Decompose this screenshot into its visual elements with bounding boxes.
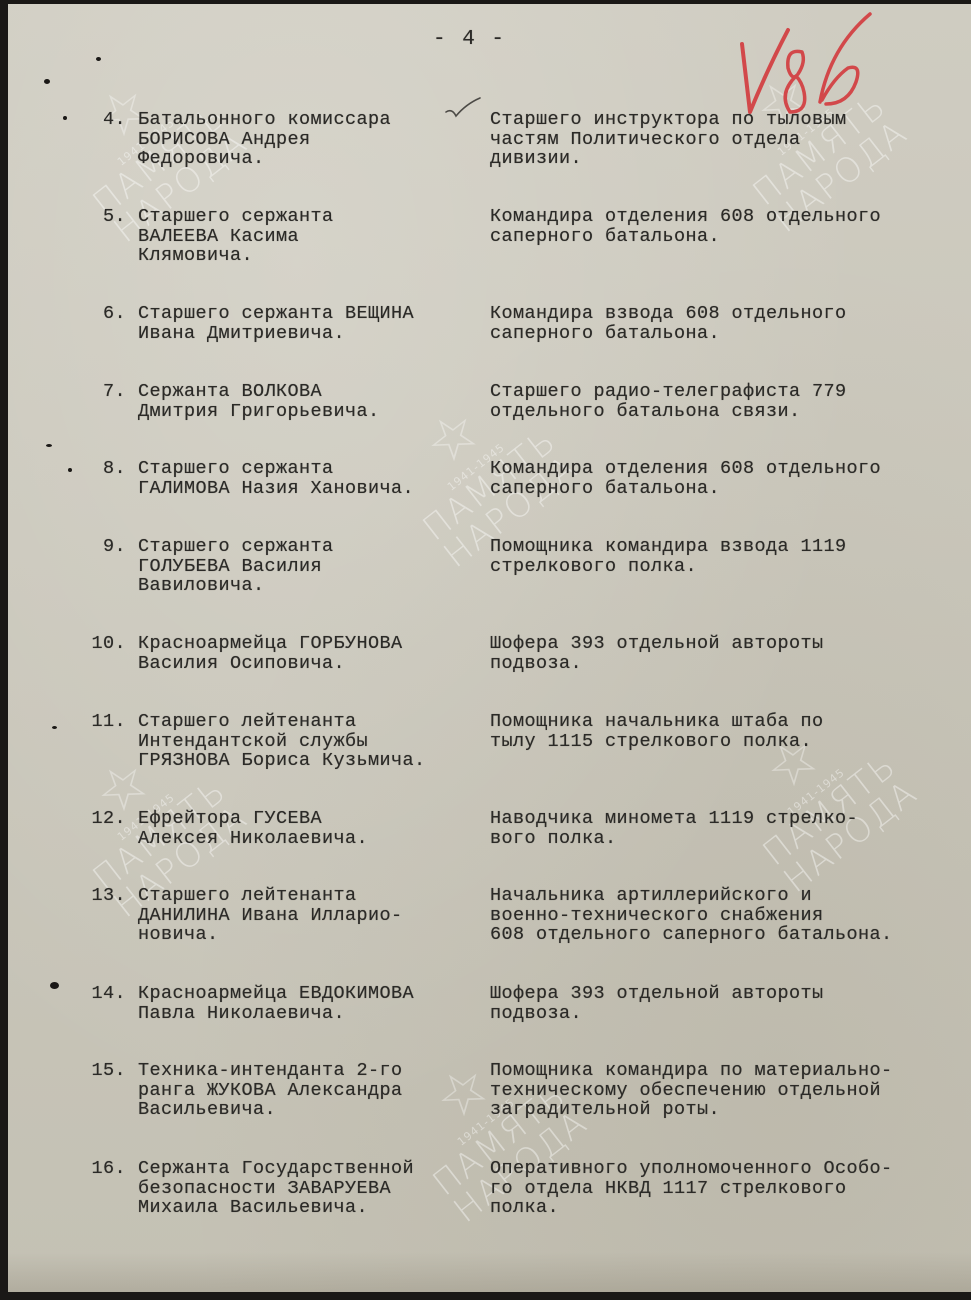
entry-number: 9.: [8, 537, 126, 557]
person-line: БОРИСОВА Андрея: [138, 130, 478, 150]
person-line: Алексея Николаевича.: [138, 829, 478, 849]
position-line: отдельного батальона связи.: [490, 402, 950, 422]
position-line: дивизии.: [490, 149, 950, 169]
position-line: подвоза.: [490, 1004, 950, 1024]
page-number: - 4 -: [433, 30, 506, 50]
person-line: Старшего сержанта: [138, 537, 478, 557]
position-line: Начальника артиллерийского и: [490, 886, 950, 906]
person-rank-name: Батальонного комиссараБОРИСОВА АндреяФед…: [138, 110, 478, 169]
entry-number: 6.: [8, 304, 126, 324]
person-line: Ефрейтора ГУСЕВА: [138, 809, 478, 829]
person-rank-name: Старшего сержантаВАЛЕЕВА КасимаКлямовича…: [138, 207, 478, 266]
entry-number: 10.: [8, 634, 126, 654]
person-rank-name: Сержанта ВОЛКОВАДмитрия Григорьевича.: [138, 382, 478, 421]
person-line: ГРЯЗНОВА Бориса Кузьмича.: [138, 751, 478, 771]
position-line: Командира отделения 608 отдельного: [490, 459, 950, 479]
ink-speck: [96, 57, 101, 61]
person-line: Сержанта Государственной: [138, 1159, 478, 1179]
person-rank-name: Ефрейтора ГУСЕВААлексея Николаевича.: [138, 809, 478, 848]
position-line: Шофера 393 отдельной автороты: [490, 634, 950, 654]
ink-speck: [44, 79, 50, 84]
person-line: Старшего сержанта ВЕЩИНА: [138, 304, 478, 324]
person-line: ДАНИЛИНА Ивана Илларио-: [138, 906, 478, 926]
entry-number: 16.: [8, 1159, 126, 1179]
entry-number: 7.: [8, 382, 126, 402]
position-line: Старшего радио-телеграфиста 779: [490, 382, 950, 402]
person-line: Старшего лейтенанта: [138, 712, 478, 732]
person-line: Старшего сержанта: [138, 459, 478, 479]
person-line: Федоровича.: [138, 149, 478, 169]
position-description: Наводчика миномета 1119 стрелко-вого пол…: [490, 809, 950, 848]
position-line: заградительной роты.: [490, 1100, 950, 1120]
person-line: Интендантской службы: [138, 732, 478, 752]
person-rank-name: Старшего лейтенантаИнтендантской службыГ…: [138, 712, 478, 771]
position-line: стрелкового полка.: [490, 557, 950, 577]
ink-speck: [46, 444, 52, 447]
position-line: тылу 1115 стрелкового полка.: [490, 732, 950, 752]
entry-number: 12.: [8, 809, 126, 829]
position-line: Шофера 393 отдельной автороты: [490, 984, 950, 1004]
person-line: Василия Осиповича.: [138, 654, 478, 674]
person-line: Клямовича.: [138, 246, 478, 266]
person-line: безопасности ЗАВАРУЕВА: [138, 1179, 478, 1199]
position-description: Помощника начальника штаба потылу 1115 с…: [490, 712, 950, 751]
position-line: Помощника командира взвода 1119: [490, 537, 950, 557]
person-line: ГОЛУБЕВА Василия: [138, 557, 478, 577]
person-line: Ивана Дмитриевича.: [138, 324, 478, 344]
entry-number: 8.: [8, 459, 126, 479]
position-line: вого полка.: [490, 829, 950, 849]
position-line: Старшего инструктора по тыловым: [490, 110, 950, 130]
position-line: Наводчика миномета 1119 стрелко-: [490, 809, 950, 829]
position-description: Начальника артиллерийского ивоенно-техни…: [490, 886, 950, 945]
position-line: Помощника начальника штаба по: [490, 712, 950, 732]
position-line: саперного батальона.: [490, 227, 950, 247]
person-rank-name: Старшего сержантаГОЛУБЕВА ВасилияВавилов…: [138, 537, 478, 596]
person-line: Сержанта ВОЛКОВА: [138, 382, 478, 402]
person-line: Красноармейца ЕВДОКИМОВА: [138, 984, 478, 1004]
position-line: саперного батальона.: [490, 479, 950, 499]
person-rank-name: Красноармейца ЕВДОКИМОВАПавла Николаевич…: [138, 984, 478, 1023]
person-line: Вавиловича.: [138, 576, 478, 596]
entry-number: 4.: [8, 110, 126, 130]
person-line: ранга ЖУКОВА Александра: [138, 1081, 478, 1101]
position-description: Командира отделения 608 отдельногосаперн…: [490, 459, 950, 498]
position-line: частям Политического отдела: [490, 130, 950, 150]
position-line: Помощника командира по материально-: [490, 1061, 950, 1081]
position-description: Шофера 393 отдельной авторотыподвоза.: [490, 984, 950, 1023]
position-description: Помощника командира взвода 1119стрелково…: [490, 537, 950, 576]
position-line: 608 отдельного саперного батальона.: [490, 925, 950, 945]
person-rank-name: Старшего сержанта ВЕЩИНАИвана Дмитриевич…: [138, 304, 478, 343]
person-line: Павла Николаевича.: [138, 1004, 478, 1024]
entry-number: 5.: [8, 207, 126, 227]
position-line: военно-технического снабжения: [490, 906, 950, 926]
person-line: Михаила Васильевича.: [138, 1198, 478, 1218]
position-line: Командира взвода 608 отдельного: [490, 304, 950, 324]
handwritten-archive-mark: [730, 8, 880, 123]
position-line: Командира отделения 608 отдельного: [490, 207, 950, 227]
position-description: Старшего радио-телеграфиста 779отдельног…: [490, 382, 950, 421]
position-description: Командира отделения 608 отдельногосаперн…: [490, 207, 950, 246]
position-description: Помощника командира по материально-техни…: [490, 1061, 950, 1120]
position-line: саперного батальона.: [490, 324, 950, 344]
person-line: Васильевича.: [138, 1100, 478, 1120]
entry-number: 13.: [8, 886, 126, 906]
position-description: Шофера 393 отдельной авторотыподвоза.: [490, 634, 950, 673]
person-rank-name: Старшего сержантаГАЛИМОВА Назия Хановича…: [138, 459, 478, 498]
person-line: новича.: [138, 925, 478, 945]
position-description: Командира взвода 608 отдельногосаперного…: [490, 304, 950, 343]
entry-number: 15.: [8, 1061, 126, 1081]
person-line: ГАЛИМОВА Назия Хановича.: [138, 479, 478, 499]
person-line: Красноармейца ГОРБУНОВА: [138, 634, 478, 654]
position-line: го отдела НКВД 1117 стрелкового: [490, 1179, 950, 1199]
person-rank-name: Красноармейца ГОРБУНОВАВасилия Осиповича…: [138, 634, 478, 673]
position-line: техническому обеспечению отдельной: [490, 1081, 950, 1101]
document-page: ☆ 1941-1945 ПАМЯТЬ НАРОДА ☆ 1941-1945 ПА…: [8, 4, 971, 1292]
position-line: полка.: [490, 1198, 950, 1218]
person-line: ВАЛЕЕВА Касима: [138, 227, 478, 247]
position-line: подвоза.: [490, 654, 950, 674]
person-line: Старшего сержанта: [138, 207, 478, 227]
person-line: Батальонного комиссара: [138, 110, 478, 130]
person-rank-name: Сержанта Государственнойбезопасности ЗАВ…: [138, 1159, 478, 1218]
position-description: Старшего инструктора по тыловымчастям По…: [490, 110, 950, 169]
person-line: Старшего лейтенанта: [138, 886, 478, 906]
position-description: Оперативного уполномоченного Особо-го от…: [490, 1159, 950, 1218]
person-line: Техника-интенданта 2-го: [138, 1061, 478, 1081]
person-line: Дмитрия Григорьевича.: [138, 402, 478, 422]
person-rank-name: Старшего лейтенантаДАНИЛИНА Ивана Иллари…: [138, 886, 478, 945]
entry-number: 14.: [8, 984, 126, 1004]
entry-number: 11.: [8, 712, 126, 732]
person-rank-name: Техника-интенданта 2-горанга ЖУКОВА Алек…: [138, 1061, 478, 1120]
position-line: Оперативного уполномоченного Особо-: [490, 1159, 950, 1179]
